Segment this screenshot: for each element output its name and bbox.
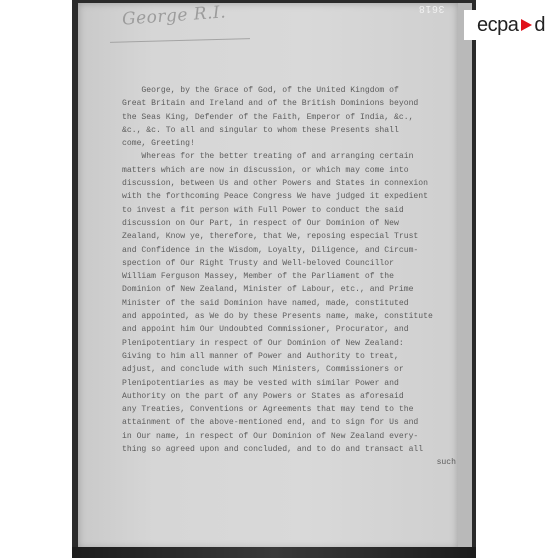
document-line: any Treaties, Conventions or Agreements …: [122, 403, 462, 416]
document-line: Great Britain and Ireland and of the Bri…: [122, 97, 462, 110]
document-line: to invest a fit person with Full Power t…: [122, 204, 462, 217]
document-line: discussion, between Us and other Powers …: [122, 177, 462, 190]
typed-document-body: George, by the Grace of God, of the Unit…: [122, 84, 462, 470]
document-line: and Confidence in the Wisdom, Loyalty, D…: [122, 244, 462, 257]
document-line: Zealand, Know ye, therefore, that We, re…: [122, 230, 462, 243]
document-line: adjust, and conclude with such Ministers…: [122, 363, 462, 376]
play-arrow-icon: [521, 19, 532, 31]
photo-bottom-edge: [72, 547, 476, 558]
document-line: come, Greeting!: [122, 137, 462, 150]
logo-text-left: ecpa: [477, 14, 518, 37]
document-line: Authority on the part of any Powers or S…: [122, 390, 462, 403]
document-line: Giving to him all manner of Power and Au…: [122, 350, 462, 363]
document-line: Plenipotentiary in respect of Our Domini…: [122, 337, 462, 350]
document-line: discussion on Our Part, in respect of Ou…: [122, 217, 462, 230]
document-line: Plenipotentiaries as may be vested with …: [122, 377, 462, 390]
document-line: George, by the Grace of God, of the Unit…: [122, 84, 462, 97]
document-line: spection of Our Right Trusty and Well-be…: [122, 257, 462, 270]
document-line: with the forthcoming Peace Congress We h…: [122, 190, 462, 203]
catchword: such: [122, 456, 462, 469]
document-line: the Seas King, Defender of the Faith, Em…: [122, 111, 462, 124]
document-line: matters which are now in discussion, or …: [122, 164, 462, 177]
plate-number: 3618: [418, 3, 444, 14]
document-line: in Our name, in respect of Our Dominion …: [122, 430, 462, 443]
document-line: thing so agreed upon and concluded, and …: [122, 443, 462, 456]
document-line: &c., &c. To all and singular to whom the…: [122, 124, 462, 137]
document-line: and appoint him Our Undoubted Commission…: [122, 323, 462, 336]
document-line: William Ferguson Massey, Member of the P…: [122, 270, 462, 283]
document-line: Whereas for the better treating of and a…: [122, 150, 462, 163]
document-line: Minister of the said Dominion have named…: [122, 297, 462, 310]
document-line: Dominion of New Zealand, Minister of Lab…: [122, 283, 462, 296]
ecpad-logo: ecpa d: [464, 10, 558, 40]
logo-text-right: d: [534, 14, 545, 37]
document-line: attainment of the above-mentioned end, a…: [122, 416, 462, 429]
document-line: and appointed, as We do by these Present…: [122, 310, 462, 323]
